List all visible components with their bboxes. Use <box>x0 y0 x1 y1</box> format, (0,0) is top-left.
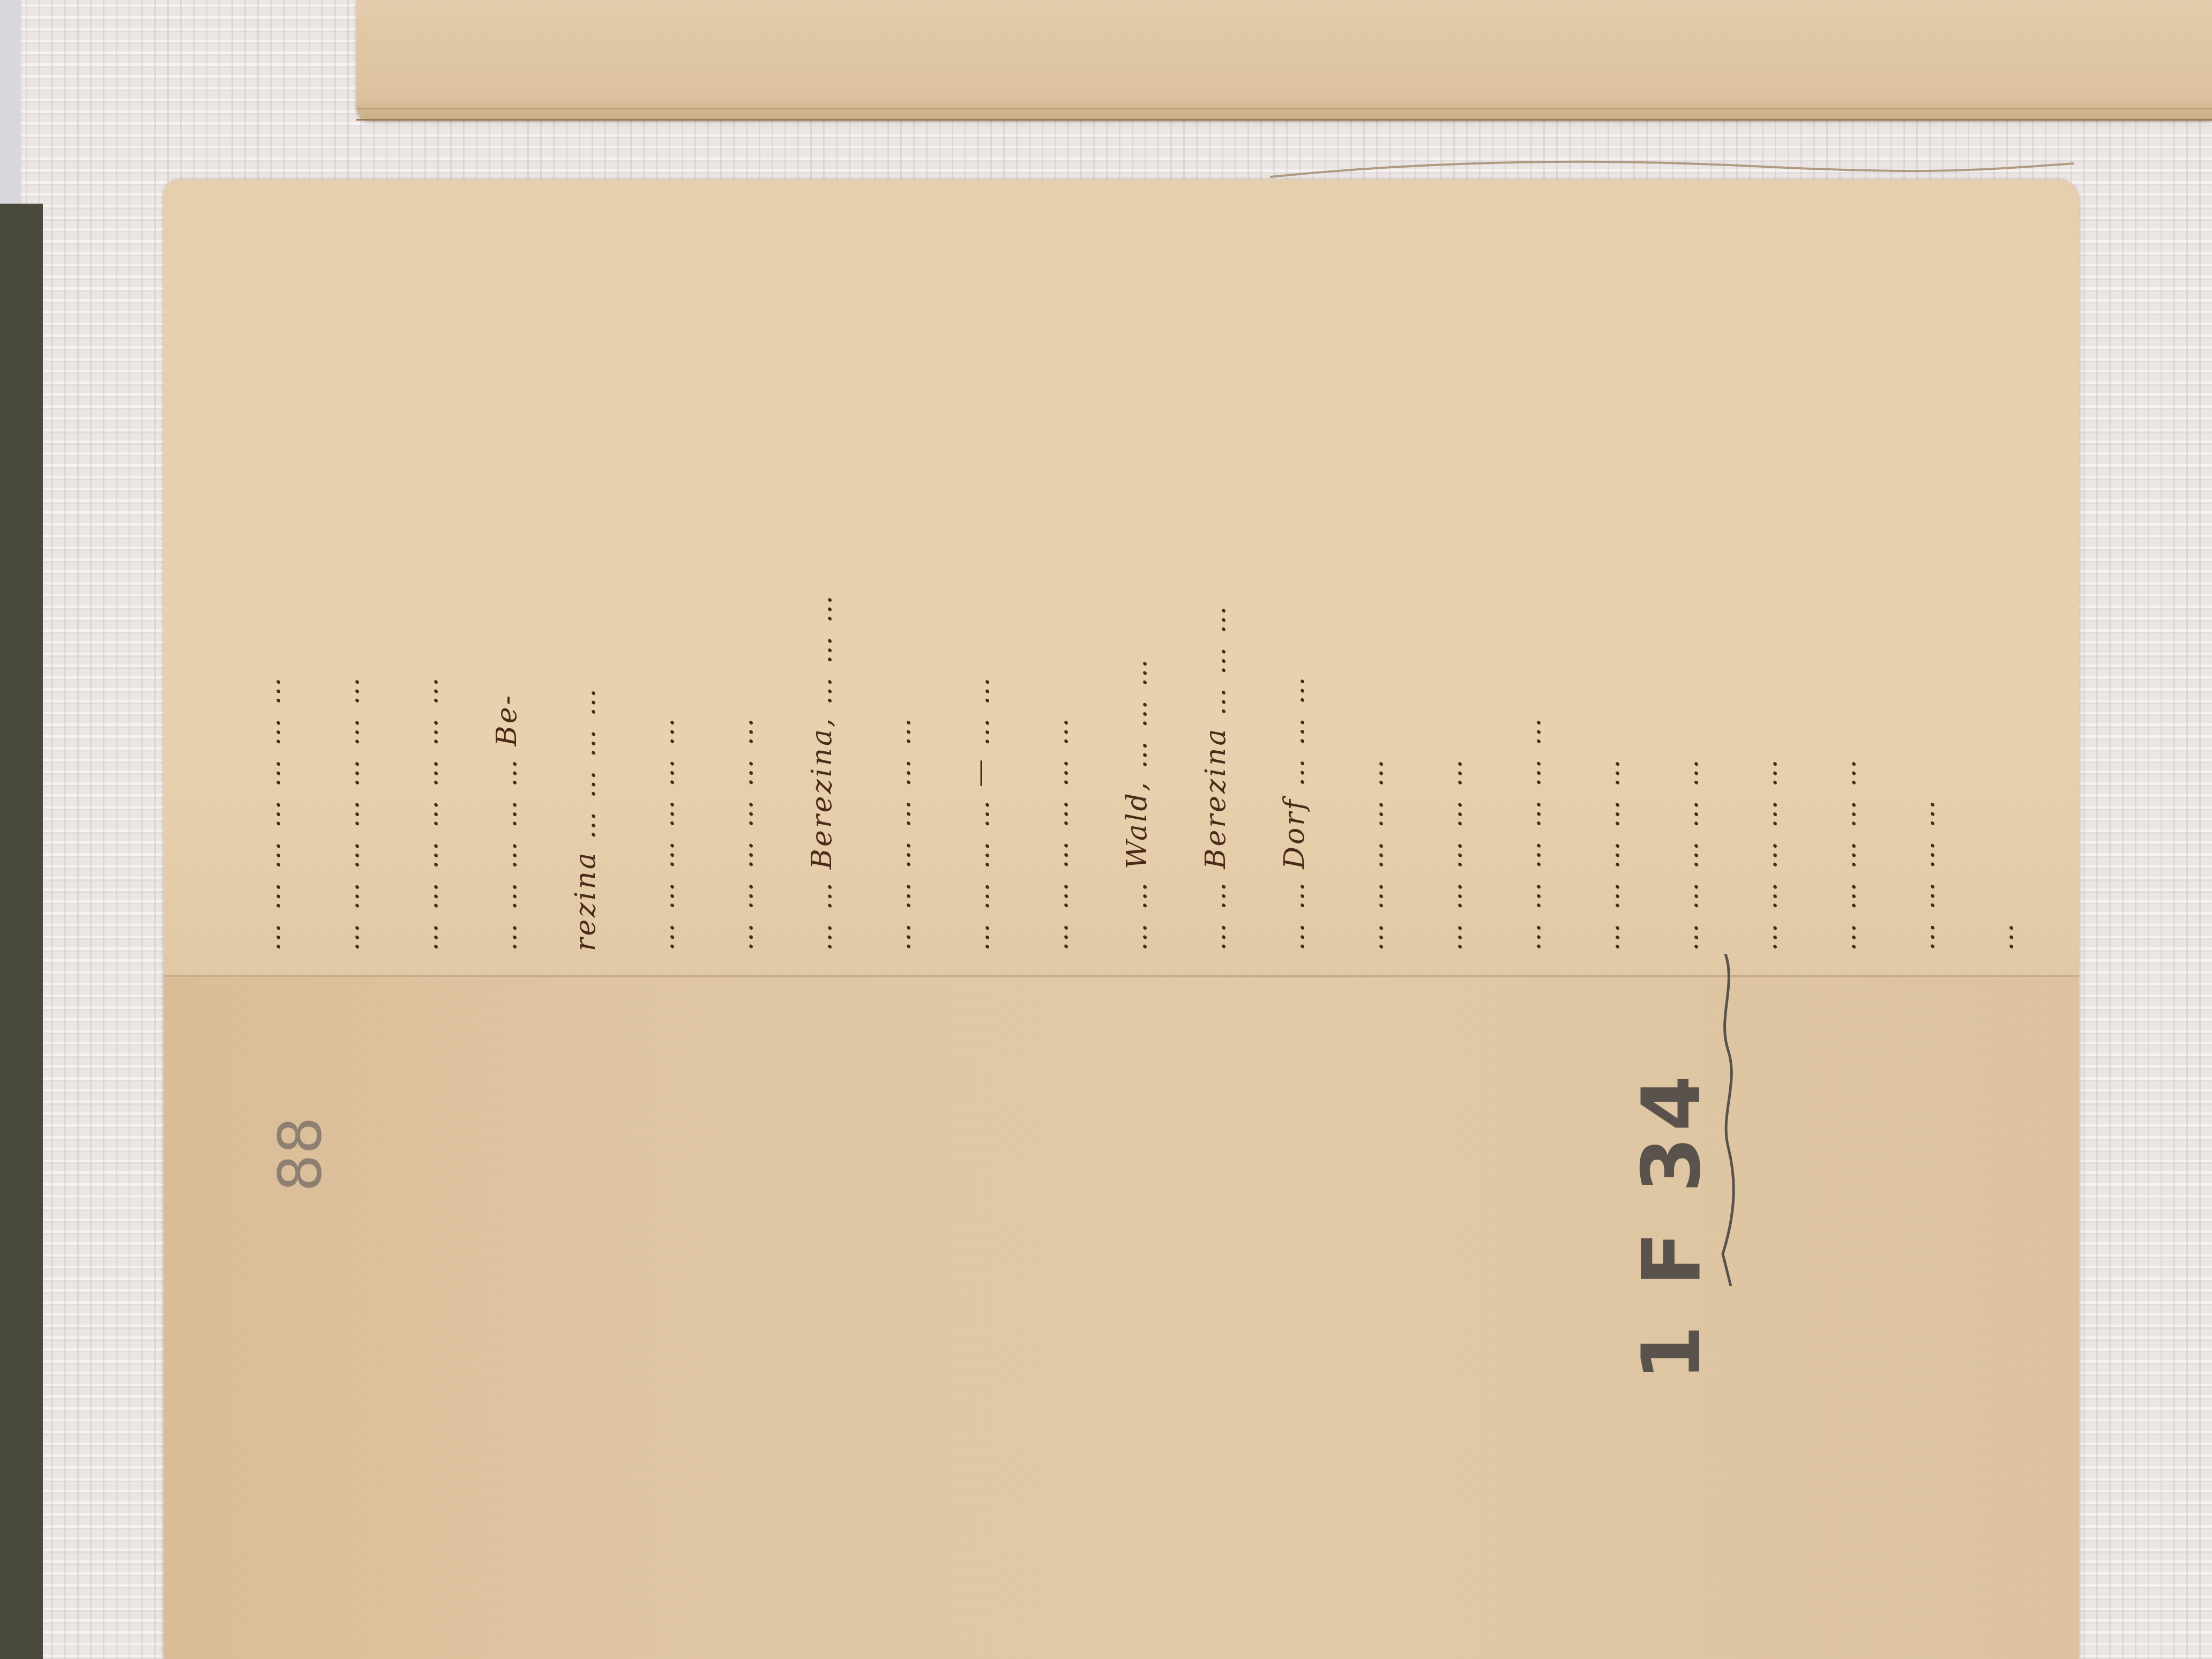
pencil-squiggle-line <box>1715 954 1742 1286</box>
handwritten-line: … … … … … … <box>885 180 917 973</box>
handwritten-line-text: … … … … … … <box>1515 716 1547 973</box>
handwritten-line: … … … … … <box>1751 180 1783 973</box>
handwritten-line-text: … … … … … … … <box>255 675 287 973</box>
handwritten-line-text: … … … … … <box>1672 757 1705 973</box>
handwritten-line-text: … … … … … <box>1436 757 1468 973</box>
handwritten-line: … … … … <box>1909 180 1941 973</box>
handwritten-line-text: … … … … <box>1909 798 1941 973</box>
handwritten-text-area: … … … … … … …… … … … … … …… … … … … … ……… <box>163 180 2079 978</box>
handwritten-line: … … … … … … … <box>333 180 365 973</box>
handwritten-line-text: … … … … … <box>1594 757 1626 973</box>
handwritten-line-text: … … Dorf … … … <box>1279 675 1311 973</box>
handwritten-line: … … … … — … … <box>963 180 996 973</box>
handwritten-line-text: … … … … … <box>1830 757 1862 973</box>
handwritten-line-text: … … … … — … … <box>963 675 996 973</box>
fold-crease <box>163 975 2079 977</box>
handwritten-line-text: … <box>1987 921 2020 973</box>
handwritten-line: … … … … … <box>1436 180 1468 973</box>
handwritten-line-text: … … Berezina … … … <box>1200 604 1232 973</box>
handwritten-line-text: … … … … … … <box>727 716 759 973</box>
handwritten-line: … … … … … <box>1357 180 1389 973</box>
handwritten-line: … … Berezina, … … … <box>806 180 838 973</box>
background-object-corner <box>0 0 21 209</box>
handwritten-line: … … … … … … <box>648 180 681 973</box>
handwritten-line: … … … … … <box>1830 180 1862 973</box>
manuscript-page: … … … … … … …… … … … … … …… … … … … … ……… <box>163 180 2079 1659</box>
handwritten-line-text: … … Berezina, … … … <box>806 593 838 973</box>
handwritten-line: … … … … … <box>1672 180 1705 973</box>
archive-reference-mark: 1 F 34 <box>1625 1070 1718 1381</box>
torn-paper-edge <box>356 108 2212 121</box>
handwritten-line-text: … … … … … <box>1751 757 1783 973</box>
handwritten-line: … <box>1987 180 2020 973</box>
handwritten-line: … … … … … … <box>1042 180 1074 973</box>
handwritten-line-text: … … … … … … … <box>412 675 444 973</box>
handwritten-line: … … … … … … … <box>412 180 444 973</box>
handwritten-line-text: … … … … … … <box>885 716 917 973</box>
folio-number: 88 <box>266 1117 334 1192</box>
upper-paper-sheet <box>356 0 2212 121</box>
handwritten-line: rezina … … … … <box>570 180 602 973</box>
handwritten-line-text: … … … … … … <box>648 716 681 973</box>
handwritten-line: … … … … … … <box>1515 180 1547 973</box>
handwritten-line-text: … … … … … … <box>1042 716 1074 973</box>
handwritten-line-text: rezina … … … … <box>570 686 602 973</box>
handwritten-line: … … … … … … … <box>255 180 287 973</box>
handwritten-line: … … Berezina … … … <box>1200 180 1232 973</box>
handwritten-line-text: … … Wald, … … … <box>1121 657 1153 973</box>
handwritten-line: … … … … … <box>1594 180 1626 973</box>
handwritten-line: … … Wald, … … … <box>1121 180 1153 973</box>
handwritten-line-text: … … … … … <box>1357 757 1389 973</box>
handwritten-line: … … Dorf … … … <box>1279 180 1311 973</box>
handwritten-line-text: … … … … … … … <box>333 675 365 973</box>
handwritten-line-text: … … … … … Be- <box>491 693 523 973</box>
handwritten-line: … … … … … … <box>727 180 759 973</box>
table-surface-edge <box>0 204 43 1659</box>
handwritten-line: … … … … … Be- <box>491 180 523 973</box>
